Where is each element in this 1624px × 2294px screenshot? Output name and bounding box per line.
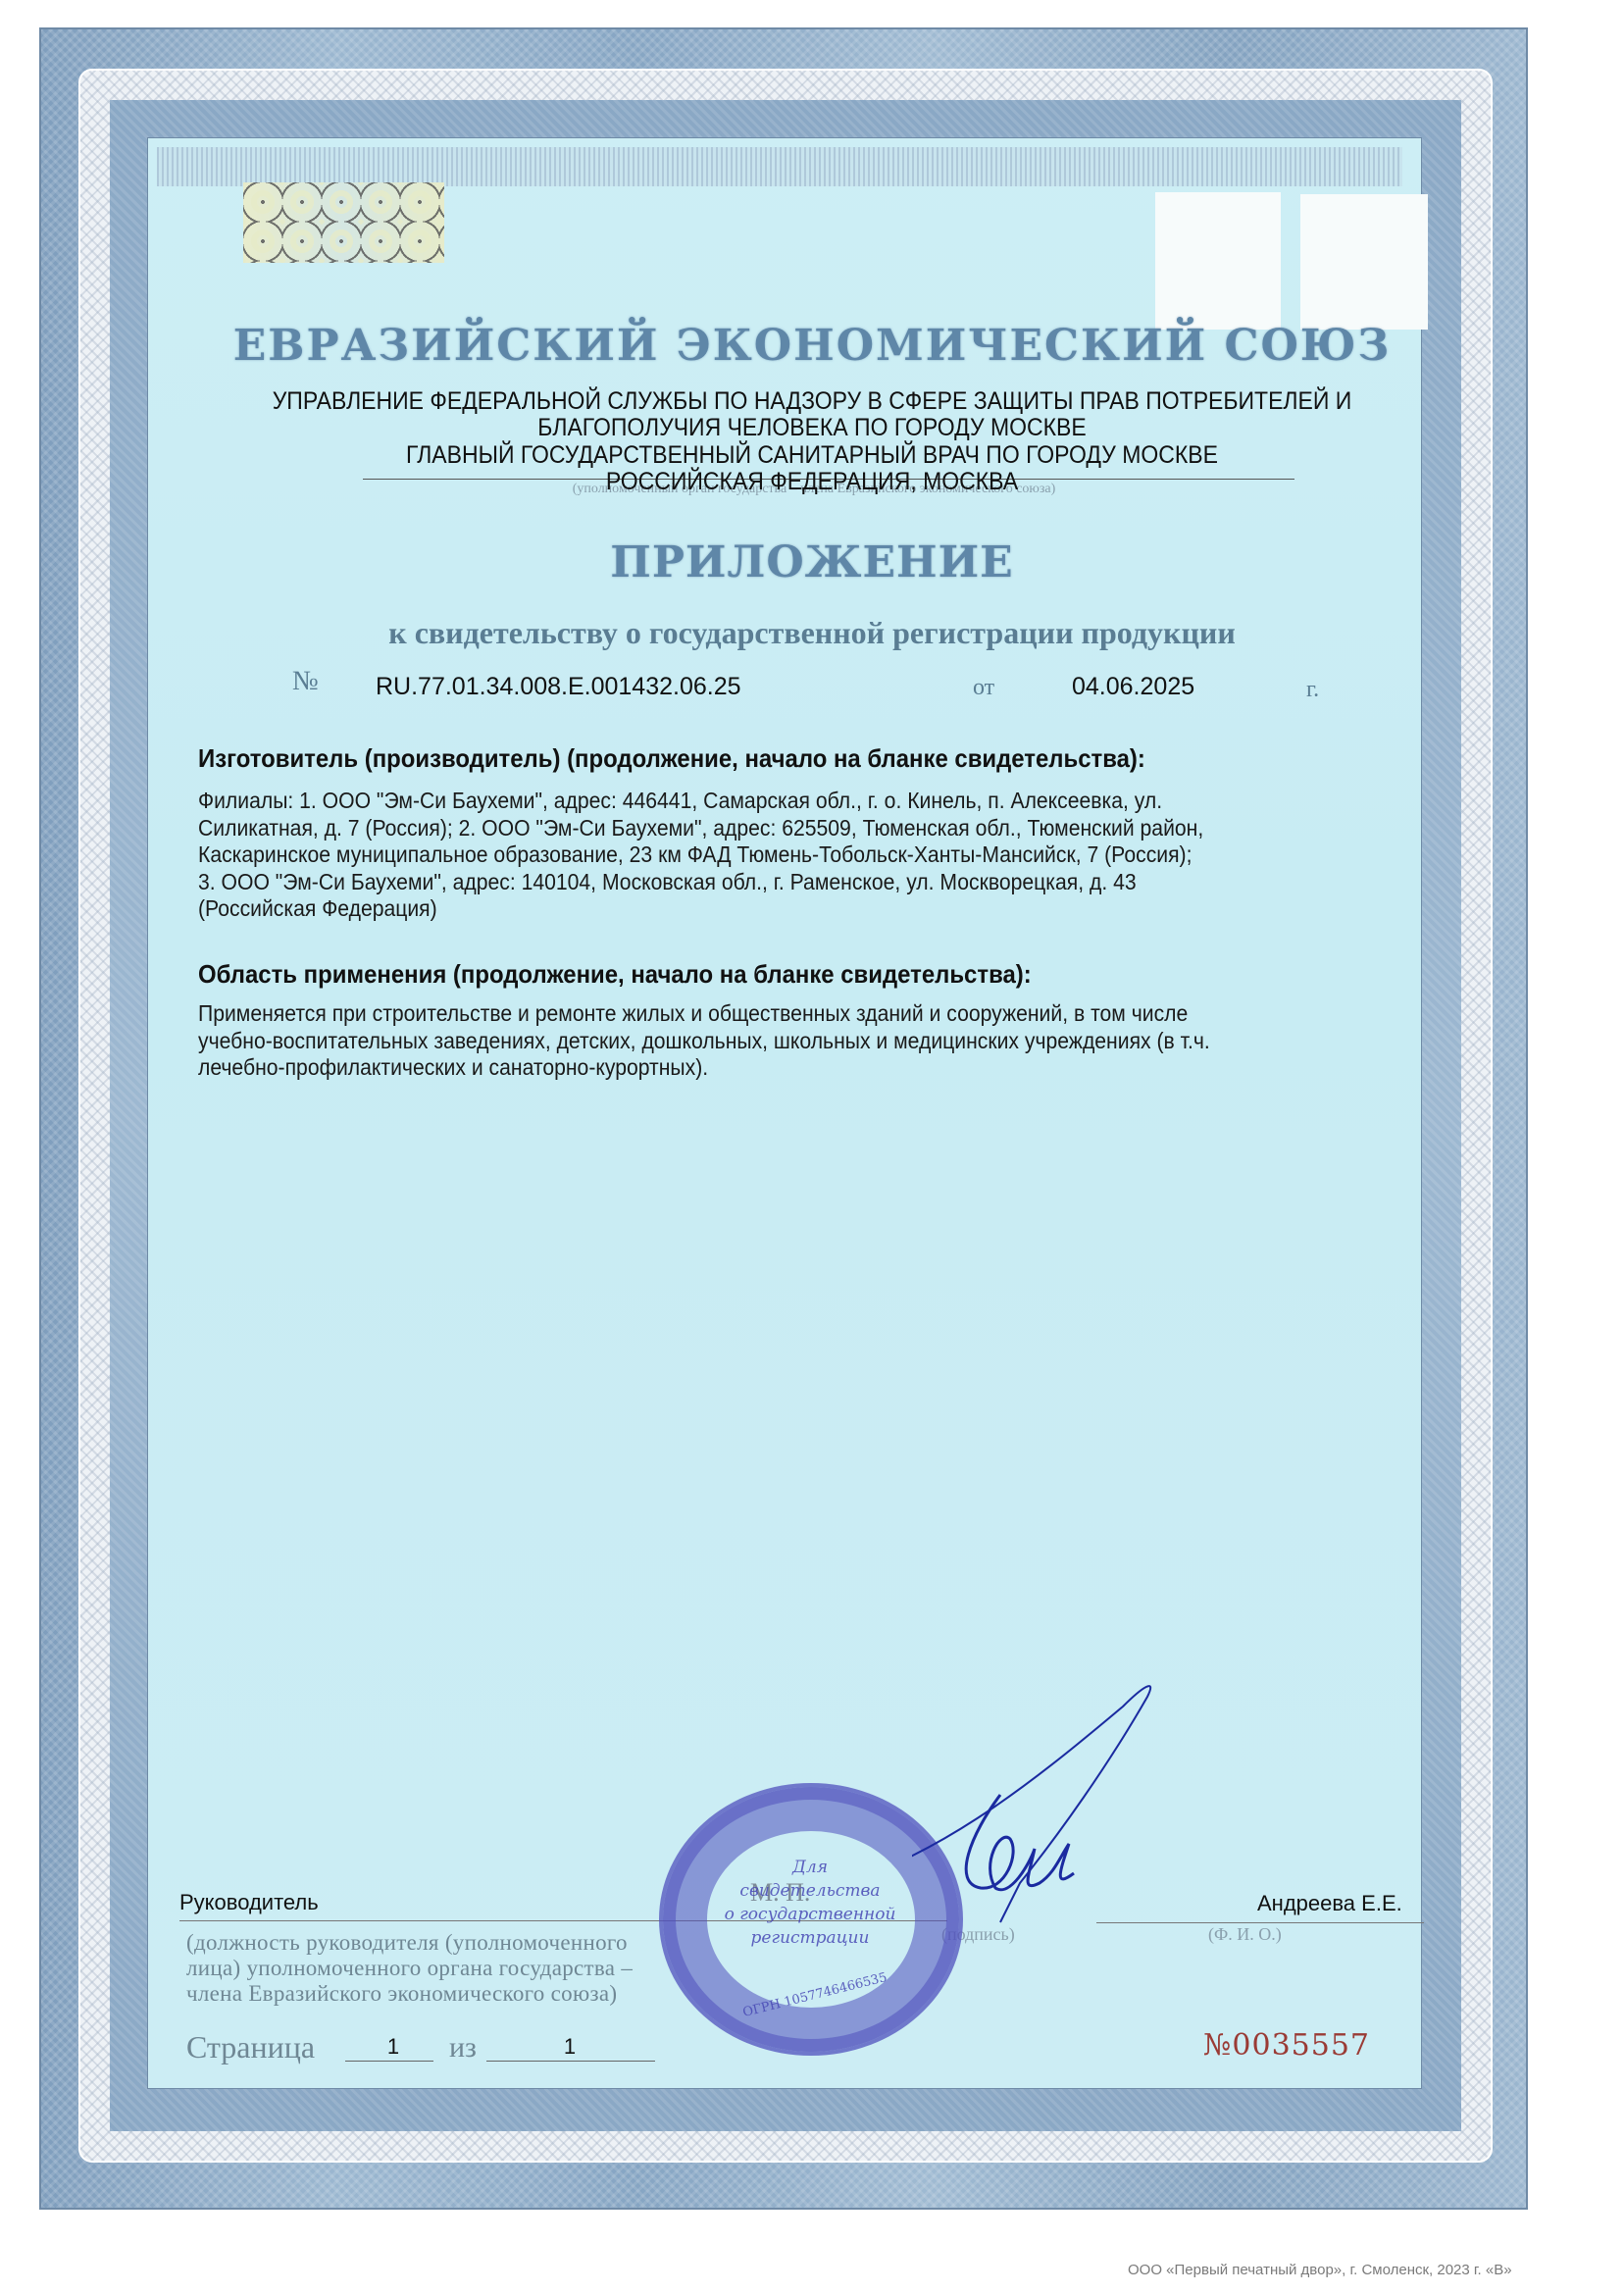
manufacturer-body: Филиалы: 1. ООО "Эм-Си Баухеми", адрес: … [198, 788, 1362, 923]
scope-line: лечебно-профилактических и санаторно-кур… [198, 1054, 1362, 1082]
stamp-line: регистрации [722, 1926, 898, 1950]
blank-box-right [1300, 194, 1428, 330]
blank-box-left [1155, 192, 1281, 330]
manufacturer-line: Филиалы: 1. ООО "Эм-Си Баухеми", адрес: … [198, 788, 1362, 815]
position-caption-line: лица) уполномоченного органа государства… [186, 1956, 716, 1981]
position-caption-line: (должность руководителя (уполномоченного [186, 1930, 716, 1956]
handwritten-signature [912, 1667, 1226, 1952]
position-caption-line: члена Евразийского экономического союза) [186, 1981, 716, 2007]
head-position: Руководитель [179, 1890, 319, 1915]
stamp-line: о государственной [722, 1903, 898, 1926]
authority-line-4: РОССИЙСКАЯ ФЕДЕРАЦИЯ, МОСКВА [228, 469, 1396, 495]
scope-heading: Область применения (продолжение, начало … [198, 959, 1326, 990]
document-title: ПРИЛОЖЕНИЕ [147, 537, 1477, 587]
date-suffix: г. [1306, 677, 1319, 703]
signer-name: Андреева Е.Е. [1257, 1891, 1402, 1916]
position-caption: (должность руководителя (уполномоченного… [186, 1930, 716, 2007]
manufacturer-line: Силикатная, д. 7 (Россия); 2. ООО "Эм-Си… [198, 815, 1362, 842]
authority-line-3: ГЛАВНЫЙ ГОСУДАРСТВЕННЫЙ САНИТАРНЫЙ ВРАЧ … [228, 442, 1396, 469]
authority-line-2: БЛАГОПОЛУЧИЯ ЧЕЛОВЕКА ПО ГОРОДУ МОСКВЕ [228, 415, 1396, 441]
manufacturer-heading: Изготовитель (производитель) (продолжени… [198, 743, 1326, 774]
printer-imprint: ООО «Первый печатный двор», г. Смоленск,… [1128, 2262, 1512, 2278]
stamp-ogrn: ОГРН 1057746466535 [733, 1968, 898, 2023]
number-sign: № [292, 666, 319, 697]
page-of-label: из [449, 2031, 477, 2065]
manufacturer-line: 3. ООО "Эм-Си Баухеми", адрес: 140104, М… [198, 869, 1362, 896]
registration-number: RU.77.01.34.008.E.001432.06.25 [376, 673, 741, 701]
manufacturer-line: Каскаринское муниципальное образование, … [198, 841, 1362, 869]
date-prefix: от [973, 675, 994, 701]
page-label: Страница [186, 2029, 315, 2065]
microprint-strip [157, 147, 1402, 186]
authority-line-1: УПРАВЛЕНИЕ ФЕДЕРАЛЬНОЙ СЛУЖБЫ ПО НАДЗОРУ… [228, 388, 1396, 415]
scope-body: Применяется при строительстве и ремонте … [198, 1000, 1362, 1082]
stamp-line: Для [722, 1856, 898, 1879]
page-current-underline [345, 2061, 433, 2062]
page-total: 1 [486, 2034, 653, 2060]
union-title: ЕВРАЗИЙСКИЙ ЭКОНОМИЧЕСКИЙ СОЮЗ [147, 321, 1477, 371]
manufacturer-line: (Российская Федерация) [198, 895, 1362, 923]
scope-line: Применяется при строительстве и ремонте … [198, 1000, 1362, 1028]
page-total-underline [486, 2061, 655, 2062]
document-subtitle: к свидетельству о государственной регист… [147, 615, 1477, 651]
registration-date: 04.06.2025 [1072, 673, 1194, 701]
scope-line: учебно-воспитательных заведениях, детски… [198, 1028, 1362, 1055]
page-current: 1 [351, 2034, 435, 2060]
hologram-security-element [243, 182, 444, 263]
form-serial-number: №0035557 [1203, 2028, 1370, 2063]
stamp-center-text: Для свидетельства о государственной реги… [722, 1856, 898, 1950]
stamp-line: свидетельства [722, 1879, 898, 1903]
